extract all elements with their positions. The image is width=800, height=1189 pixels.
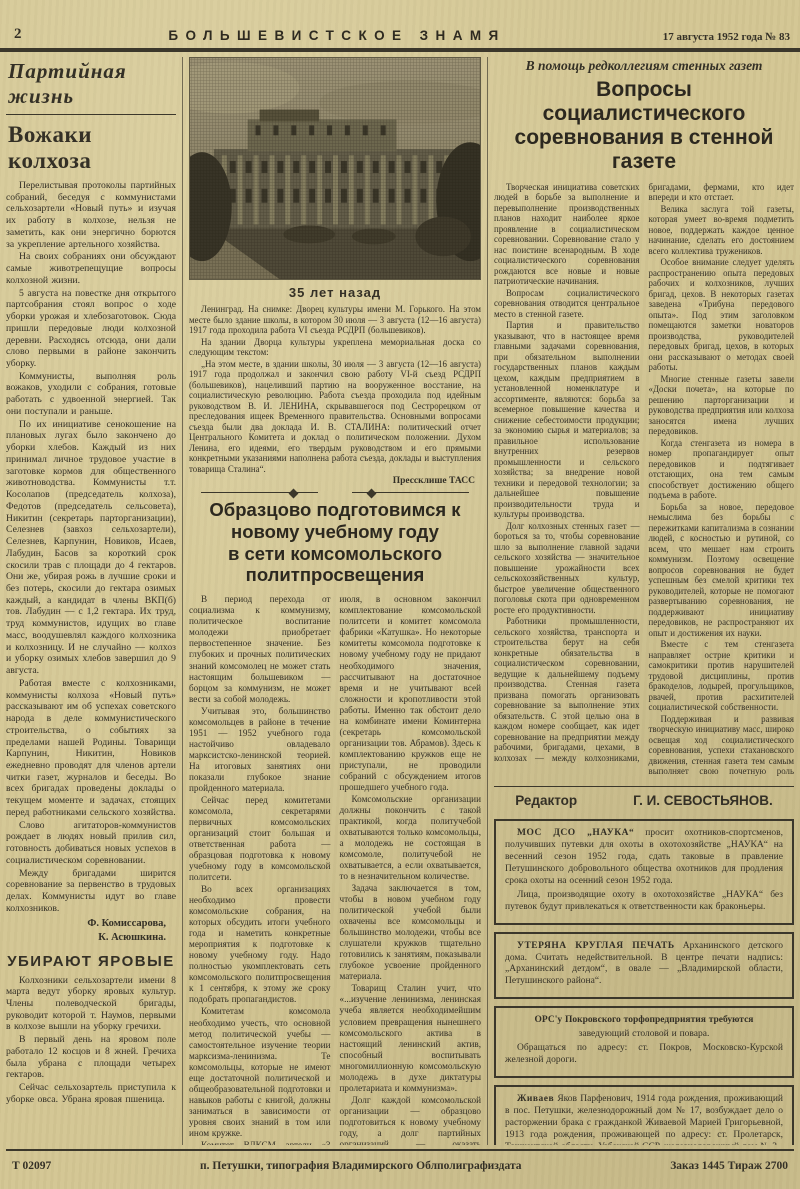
photo-caption-title: 35 лет назад: [189, 285, 481, 300]
issue-date: 17 августа 1952 года № 83: [600, 31, 790, 43]
ad-nauka-hunting: МОС ДСО „НАУКА“ просит охотников-спортсм…: [494, 819, 794, 925]
paragraph: Вместе с тем стенгазета направляет остри…: [649, 639, 795, 713]
paragraph: Учитывая это, большинство комсомольцев в…: [189, 706, 331, 794]
imprint-code: Т 02097: [12, 1160, 51, 1172]
paragraph: Задача заключается в том, чтобы в новом …: [340, 883, 482, 982]
middle-column: 35 лет назад Ленинград. На снимке: Дворе…: [189, 57, 481, 1145]
ad-paragraph: Живаев Яков Парфенович, 1914 года рожден…: [505, 1094, 783, 1145]
paragraph: Перелистывая протоколы партийных собрани…: [6, 180, 176, 250]
page-content: Партийная жизнь Вожаки колхоза Перелисты…: [0, 52, 800, 1145]
paragraph: Велика заслуга той газеты, которая умеет…: [649, 204, 795, 257]
wall-news-title: Вопросы социалистического соревнования в…: [494, 78, 794, 174]
paragraph: Колхозники сельхозартели имени 8 марта в…: [6, 975, 176, 1034]
ad-lost-seal: УТЕРЯНА КРУГЛАЯ ПЕЧАТЬ Арханинского детс…: [494, 932, 794, 1000]
ad-lead: МОС ДСО „НАУКА“: [517, 828, 634, 838]
paragraph: На своих собраниях они обсуждают самые ж…: [6, 251, 176, 286]
paragraph: Комитетам комсомола необходимо учесть, ч…: [189, 1006, 331, 1138]
column-divider-1: [182, 57, 183, 1145]
wall-news-title-line1: Вопросы социалистического: [543, 78, 746, 125]
article-title-vozhaki: Вожаки колхоза: [8, 122, 176, 174]
paragraph: Когда стенгазета из номера в номер пропа…: [649, 438, 795, 501]
paragraph: Вопросам социалистического соревнования …: [494, 288, 640, 320]
section-header-party-life: Партийная жизнь: [6, 57, 176, 115]
komsomol-paragraphs: В период перехода от социализма к коммун…: [189, 594, 481, 1145]
ad-paragraph: УТЕРЯНА КРУГЛАЯ ПЕЧАТЬ Арханинского детс…: [505, 941, 783, 989]
ornament-divider: [201, 492, 469, 493]
paragraph: Долг колхозных стенных газет — бороться …: [494, 521, 640, 616]
paragraph: В первый день на яровом поле работало 12…: [6, 1034, 176, 1081]
paragraph: На здании Дворца культуры укреплена мемо…: [189, 337, 481, 358]
paragraph: Особое внимание следует уделять распрост…: [649, 257, 795, 373]
ad-divorce-notice: Живаев Яков Парфенович, 1914 года рожден…: [494, 1085, 794, 1145]
ad-paragraph: МОС ДСО „НАУКА“ просит охотников-спортсм…: [505, 828, 783, 888]
paragraph: Сейчас сельхозартель приступила к уборке…: [6, 1082, 176, 1105]
wall-news-kicker: В помощь редколлегиям стенных газет: [494, 58, 794, 74]
article-body-vozhaki: Перелистывая протоколы партийных собрани…: [6, 180, 176, 915]
komsomol-article-body: В период перехода от социализма к коммун…: [189, 594, 481, 1145]
newspaper-title: БОЛЬШЕВИСТСКОЕ ЗНАМЯ: [74, 28, 600, 43]
page-number: 2: [14, 26, 74, 43]
photo-illustration: [190, 58, 480, 279]
komsomol-title-line1: Образцово подготовимся к новому учебному…: [209, 499, 460, 542]
imprint-order: Заказ 1445 Тираж 2700: [670, 1160, 788, 1172]
ad-lead: УТЕРЯНА КРУГЛАЯ ПЕЧАТЬ: [517, 941, 675, 951]
paragraph: Творческая инициатива советских людей в …: [494, 182, 640, 287]
editor-label: Редактор: [515, 793, 577, 808]
left-column: Партийная жизнь Вожаки колхоза Перелисты…: [6, 57, 176, 1145]
paragraph: „На этом месте, в здании школы, 30 июля …: [189, 359, 481, 475]
ad-subline: заведующий столовой и повара.: [505, 1029, 783, 1041]
paragraph: Товарищ Сталин учит, что «...изучение ле…: [340, 983, 482, 1093]
paragraph: Партия и правительство указывают, что в …: [494, 320, 640, 520]
palace-of-culture-photo: [189, 57, 481, 280]
photo-credit: Прессклише ТАСС: [189, 476, 475, 486]
paragraph: 5 августа на повестке дня открытого парт…: [6, 288, 176, 370]
column-divider-2: [487, 57, 488, 1145]
ad-paragraph: Лица, производящие охоту в охотохозяйств…: [505, 890, 783, 914]
komsomol-article-title: Образцово подготовимся к новому учебному…: [189, 499, 481, 586]
newspaper-page: 2 БОЛЬШЕВИСТСКОЕ ЗНАМЯ 17 августа 1952 г…: [0, 0, 800, 1189]
article-body-ubirayut: Колхозники сельхозартели имени 8 марта в…: [6, 975, 176, 1106]
paragraph: Борьба за новое, передовое немыслима без…: [649, 502, 795, 639]
right-column: В помощь редколлегиям стенных газет Вопр…: [494, 57, 794, 1145]
ad-headline: ОРС'у Покровского торфопредприятия требу…: [505, 1015, 783, 1027]
paragraph: Во всех организациях необходимо провести…: [189, 884, 331, 1005]
editor-row: Редактор Г. И. СЕВОСТЬЯНОВ.: [494, 786, 794, 812]
masthead-row: 2 БОЛЬШЕВИСТСКОЕ ЗНАМЯ 17 августа 1952 г…: [0, 0, 800, 52]
ad-lead: Живаев: [517, 1094, 554, 1104]
paragraph: Многие стенные газеты завели «Доски поче…: [649, 374, 795, 437]
ad-ors-vacancy: ОРС'у Покровского торфопредприятия требу…: [494, 1006, 794, 1078]
signature-2: К. Асюшкина.: [6, 932, 176, 943]
paragraph: Слово агитаторов-коммунистов рождает в л…: [6, 820, 176, 867]
wall-news-body: Творческая инициатива советских людей в …: [494, 182, 794, 782]
signature-1: Ф. Комиссарова,: [6, 918, 176, 929]
paragraph: Коммунисты, выполняя роль вожаков, уходи…: [6, 371, 176, 418]
article-title-ubirayut: УБИРАЮТ ЯРОВЫЕ: [6, 953, 176, 970]
paragraph: Работая вместе с колхозниками, коммунист…: [6, 678, 176, 819]
photo-caption-text: Ленинград. На снимке: Дворец культуры им…: [189, 304, 481, 474]
editor-name: Г. И. СЕВОСТЬЯНОВ.: [633, 793, 773, 808]
paragraph: В период перехода от социализма к коммун…: [189, 594, 331, 704]
wall-news-title-line2: соревнования в стенной газете: [515, 126, 774, 173]
imprint-row: Т 02097 п. Петушки, типография Владимирс…: [6, 1149, 794, 1189]
paragraph: Комсомольские организации должны покончи…: [340, 794, 482, 882]
divider-segment: [352, 492, 469, 493]
ad-paragraph: Обращаться по адресу: ст. Покров, Москов…: [505, 1043, 783, 1067]
komsomol-title-line2: в сети комсомольского политпросвещения: [228, 543, 442, 586]
imprint-printer: п. Петушки, типография Владимирского Обл…: [200, 1160, 521, 1172]
paragraph: Между бригадами ширится соревнование за …: [6, 868, 176, 915]
wall-news-paragraphs: Творческая инициатива советских людей в …: [494, 182, 794, 782]
divider-segment: [201, 492, 318, 493]
paragraph: Сейчас перед комитетами комсомола, секре…: [189, 795, 331, 883]
paragraph: Ленинград. На снимке: Дворец культуры им…: [189, 304, 481, 336]
paragraph: По их инициативе сенокошение на плановых…: [6, 419, 176, 677]
